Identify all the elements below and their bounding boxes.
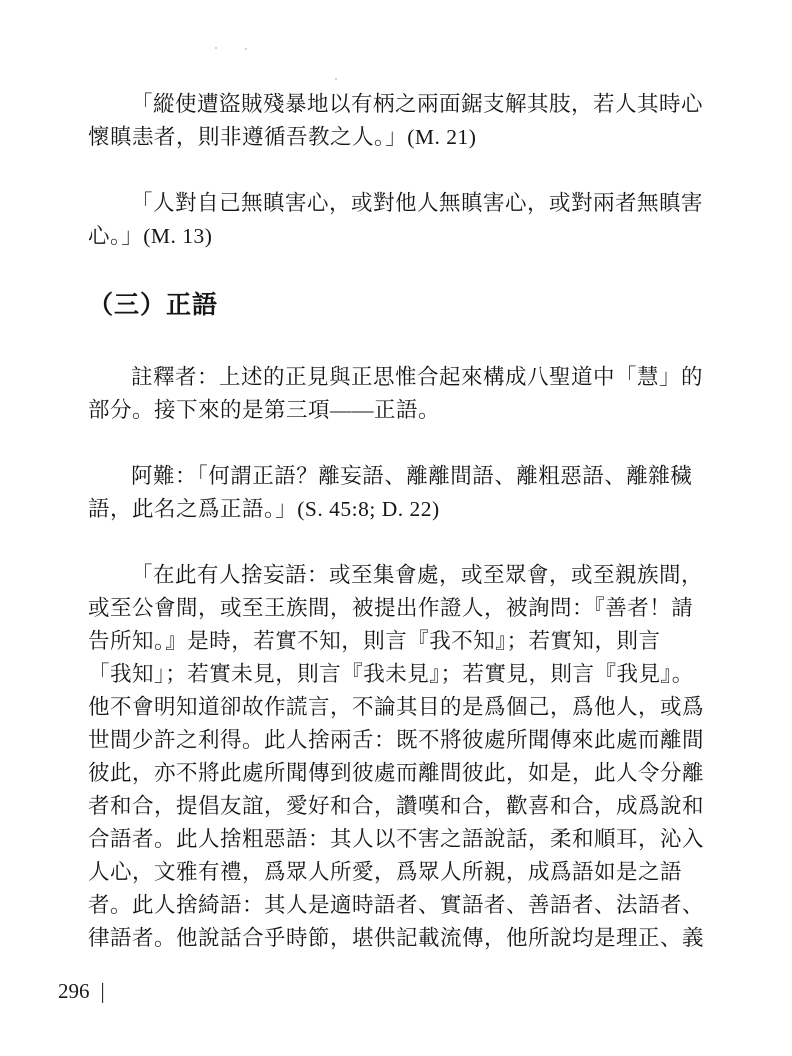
paragraph-commentary: 註釋者：上述的正見與正思惟合起來構成八聖道中「慧」的 部分。接下來的是第三項——… xyxy=(88,361,736,427)
paragraph-quote-m13: 「人對自己無瞋害心，或對他人無瞋害心，或對兩者無瞋害 心。」(M. 13) xyxy=(88,187,736,253)
section-heading: （三）正語 xyxy=(88,291,736,321)
page-number: 296 xyxy=(58,979,90,1003)
book-page: 「縱使遭盜賊殘暴地以有柄之兩面鋸支解其肢，若人其時心 懷瞋恚者，則非遵循吾教之人… xyxy=(0,0,792,1056)
scan-artifact-dot xyxy=(215,47,217,49)
footer-separator: | xyxy=(101,977,105,1004)
paragraph-quote-long: 「在此有人捨妄語：或至集會處，或至眾會，或至親族間， 或至公會間，或至王族間，被… xyxy=(88,559,736,955)
paragraph-quote-m21: 「縱使遭盜賊殘暴地以有柄之兩面鋸支解其肢，若人其時心 懷瞋恚者，則非遵循吾教之人… xyxy=(88,88,736,154)
page-content: 「縱使遭盜賊殘暴地以有柄之兩面鋸支解其肢，若人其時心 懷瞋恚者，則非遵循吾教之人… xyxy=(88,88,736,988)
paragraph-quote-s45: 阿難：「何謂正語？離妄語、離離間語、離粗惡語、離雜穢 語，此名之爲正語。」(S.… xyxy=(88,460,736,526)
scan-artifact-dot xyxy=(245,48,247,50)
scan-artifact-dot xyxy=(335,78,337,80)
page-footer: 296| xyxy=(58,978,105,1004)
